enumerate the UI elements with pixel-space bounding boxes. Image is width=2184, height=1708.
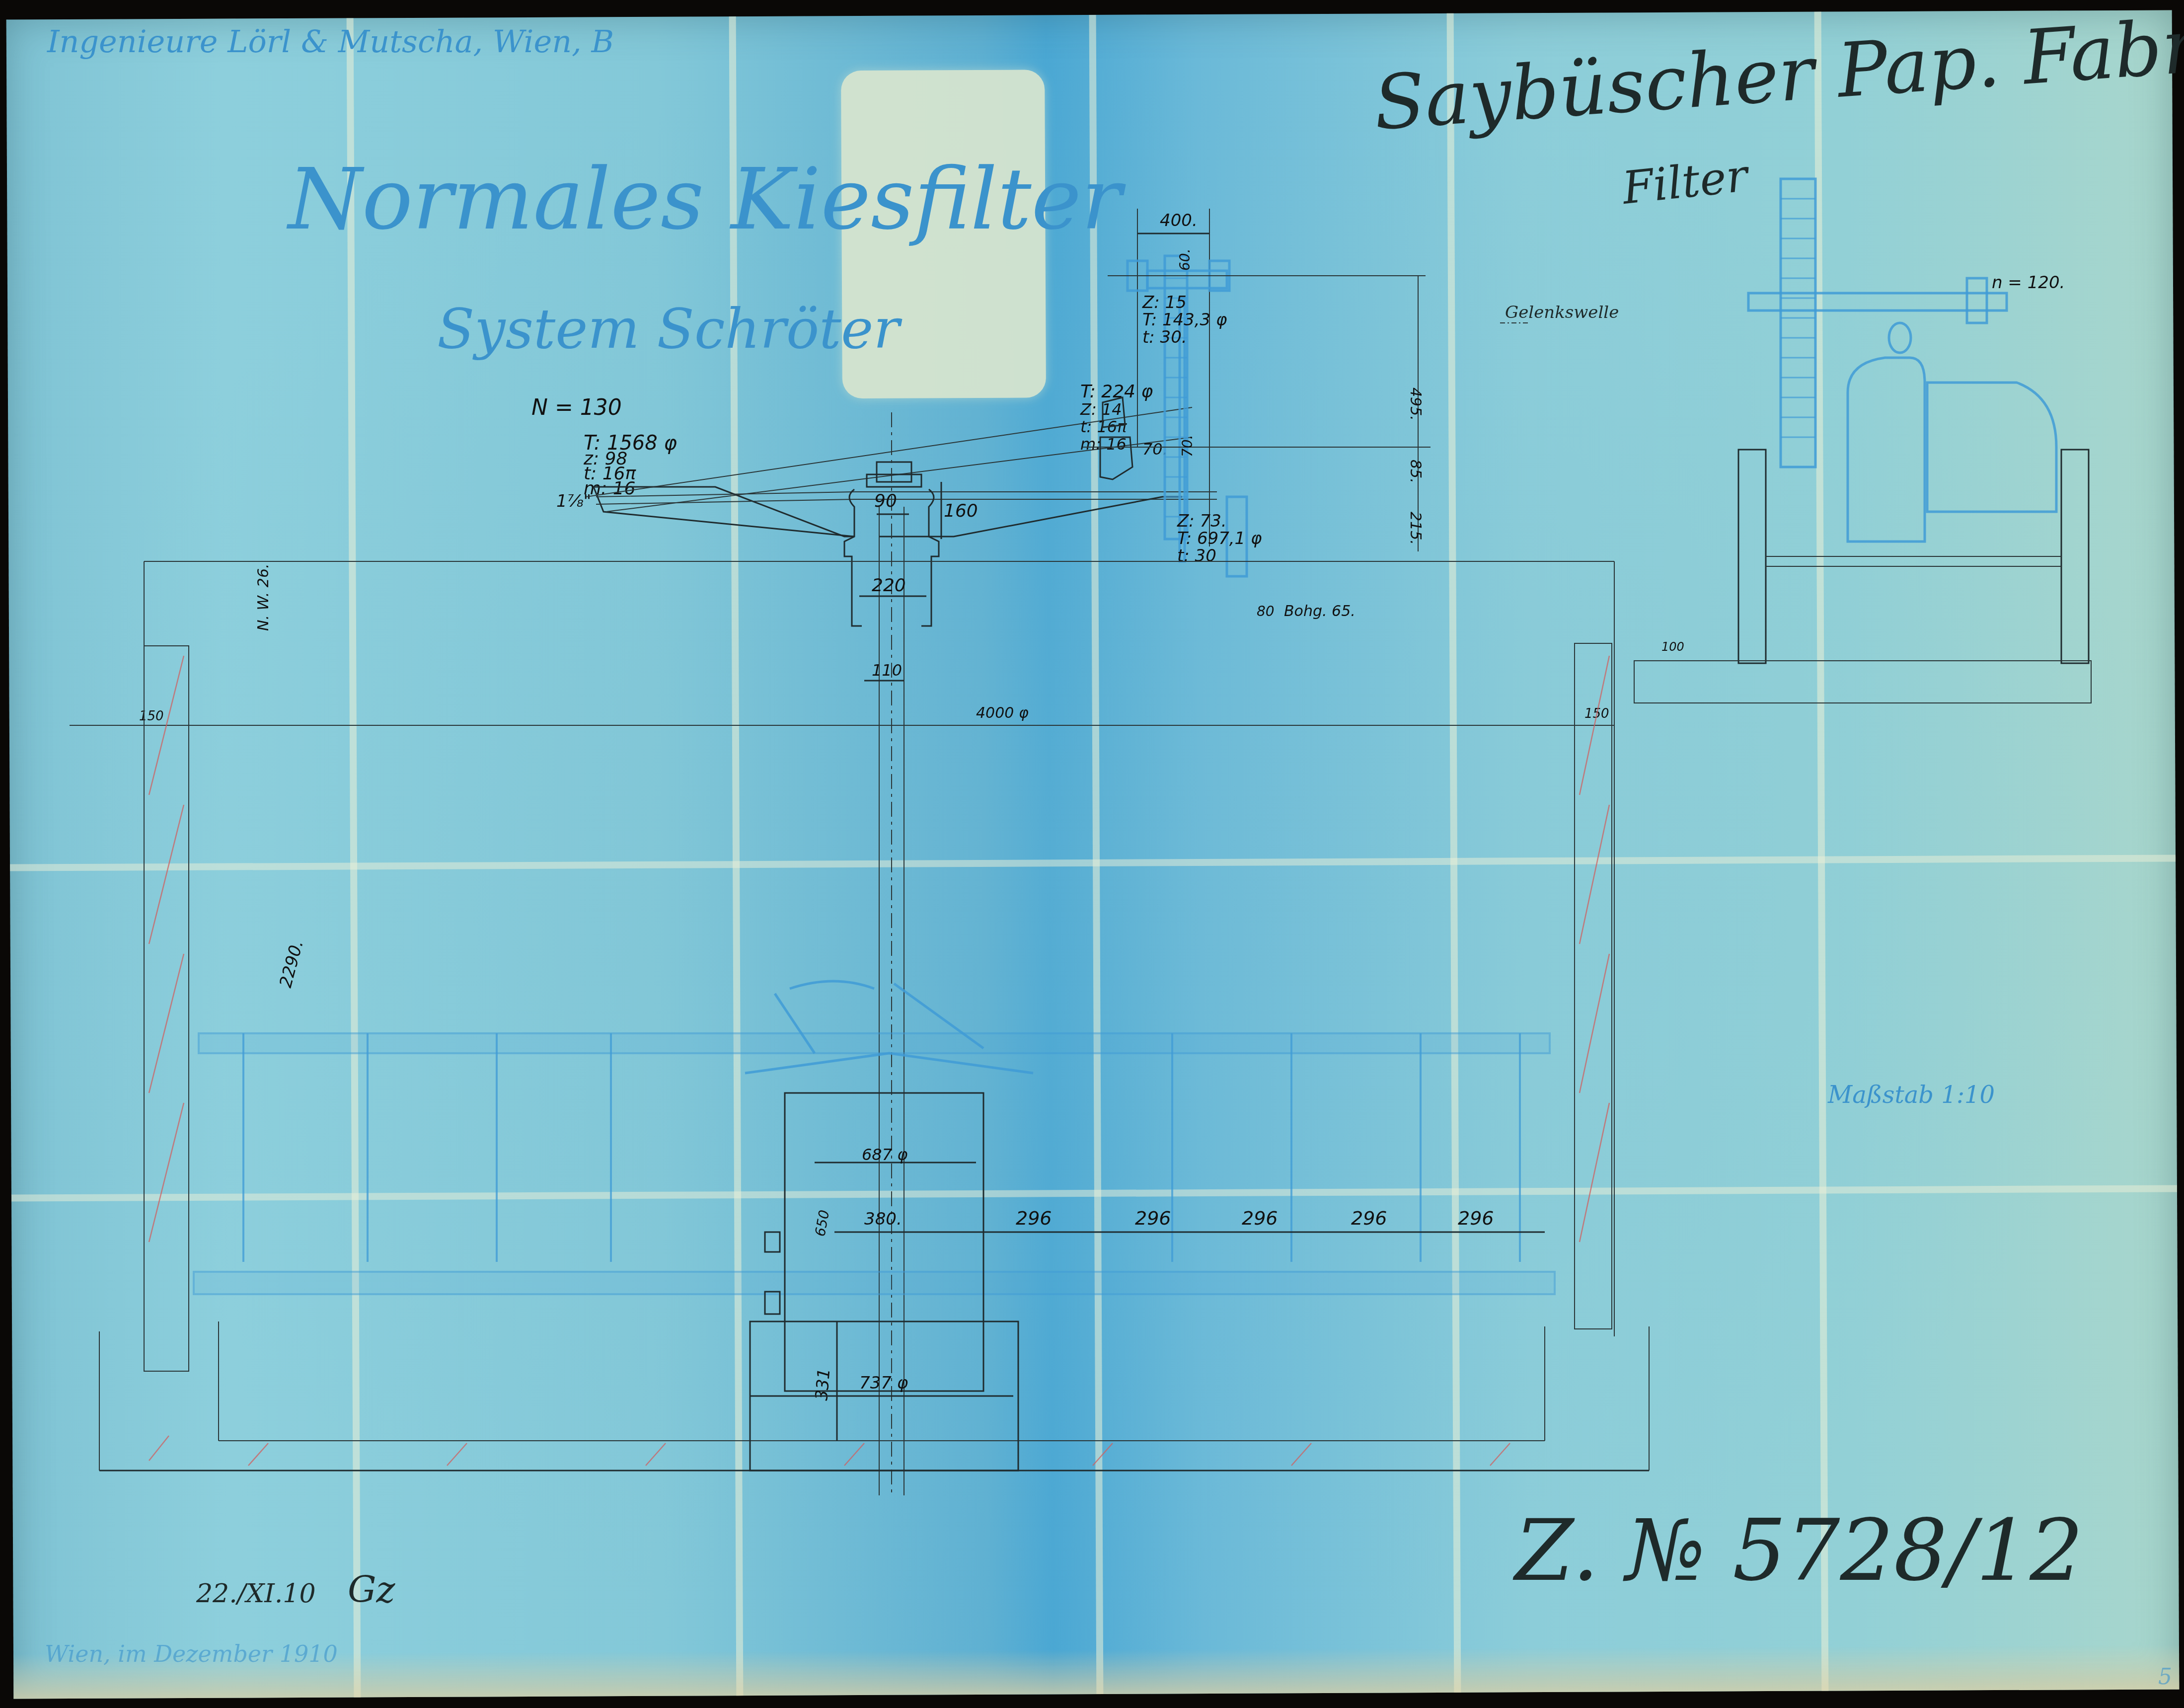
svg-text:85.: 85. [1407, 460, 1424, 483]
filter-tank [70, 561, 1649, 1471]
drawing-subtitle: System Schröter [437, 297, 903, 361]
svg-text:T: 697,1 φ: T: 697,1 φ [1177, 529, 1262, 548]
bore-note: Bohg. 65. [1284, 603, 1356, 620]
svg-text:1⅞": 1⅞" [556, 491, 591, 511]
hub-dimensions: 90 160 220 110 [859, 482, 978, 681]
svg-text:Gelenkswelle: Gelenkswelle [1505, 303, 1619, 322]
svg-text:Z: 14: Z: 14 [1080, 400, 1122, 419]
svg-text:296: 296 [1242, 1207, 1278, 1229]
svg-text:400.: 400. [1160, 211, 1198, 231]
svg-text:T: 143,3 φ: T: 143,3 φ [1142, 310, 1227, 330]
date-signature: 22./XI.10 [196, 1579, 315, 1609]
bore-width-label: 80 [1257, 603, 1275, 620]
beam-height-label: 100 [1661, 640, 1684, 654]
svg-text:296: 296 [1135, 1207, 1171, 1229]
svg-text:737 φ: 737 φ [859, 1373, 908, 1393]
svg-text:215.: 215. [1407, 512, 1424, 545]
drawing-title: Normales Kiesfilter [286, 151, 1126, 249]
bevel-gear-drawing [586, 407, 1217, 1495]
svg-text:650: 650 [812, 1209, 832, 1238]
water-level-label: N. W. 26. [255, 563, 272, 631]
svg-text:110: 110 [872, 661, 902, 680]
drawing-number: Z. № 5728/12 [1512, 1502, 2083, 1600]
svg-text:296: 296 [1458, 1207, 1494, 1229]
svg-text:60.: 60. [1177, 248, 1193, 271]
svg-text:296: 296 [1351, 1207, 1387, 1229]
svg-text:70.: 70. [1179, 435, 1196, 457]
svg-text:687 φ: 687 φ [862, 1145, 907, 1164]
corner-mark: 5 [2158, 1664, 2172, 1690]
rake-mechanism [194, 981, 1555, 1294]
shaft-label: Gelenkswelle [1500, 303, 1619, 323]
svg-text:160: 160 [944, 501, 978, 521]
svg-text:495.: 495. [1407, 388, 1424, 421]
main-diameter-label: 4000 φ [976, 704, 1029, 722]
client-note: Saybüscher Pap. Fabrik [1371, 0, 2184, 147]
svg-text:N = 130: N = 130 [531, 395, 622, 420]
svg-text:90: 90 [874, 491, 897, 511]
svg-text:t: 30.: t: 30. [1142, 327, 1187, 347]
svg-text:296: 296 [1016, 1207, 1052, 1229]
wall-left-label: 150 [139, 709, 164, 724]
pinion-annotation: T: 224 φ Z: 14 t: 16π m: 16 70. [1080, 382, 1168, 479]
svg-text:Z: 15: Z: 15 [1142, 293, 1187, 312]
motor-assembly: n = 120. [1634, 179, 2091, 703]
motor-speed-label: n = 120. [1992, 273, 2065, 293]
signature-initials: Gz [348, 1569, 396, 1611]
total-height-label: 2290. [276, 938, 307, 990]
svg-text:220: 220 [872, 575, 906, 596]
technical-drawing: Ingenieure Lörl & Mutscha, Wien, B Norma… [0, 0, 2184, 1708]
header-stamp: Ingenieure Lörl & Mutscha, Wien, B [47, 23, 614, 60]
svg-text:Z: 73.: Z: 73. [1177, 511, 1227, 531]
svg-text:380.: 380. [864, 1209, 902, 1229]
scale-note: Maßstab 1:10 [1827, 1081, 1995, 1109]
client-subnote: Filter [1619, 150, 1752, 215]
svg-text:t: 30: t: 30 [1177, 546, 1216, 566]
footer-stamp: Wien, im Dezember 1910 [45, 1640, 338, 1667]
